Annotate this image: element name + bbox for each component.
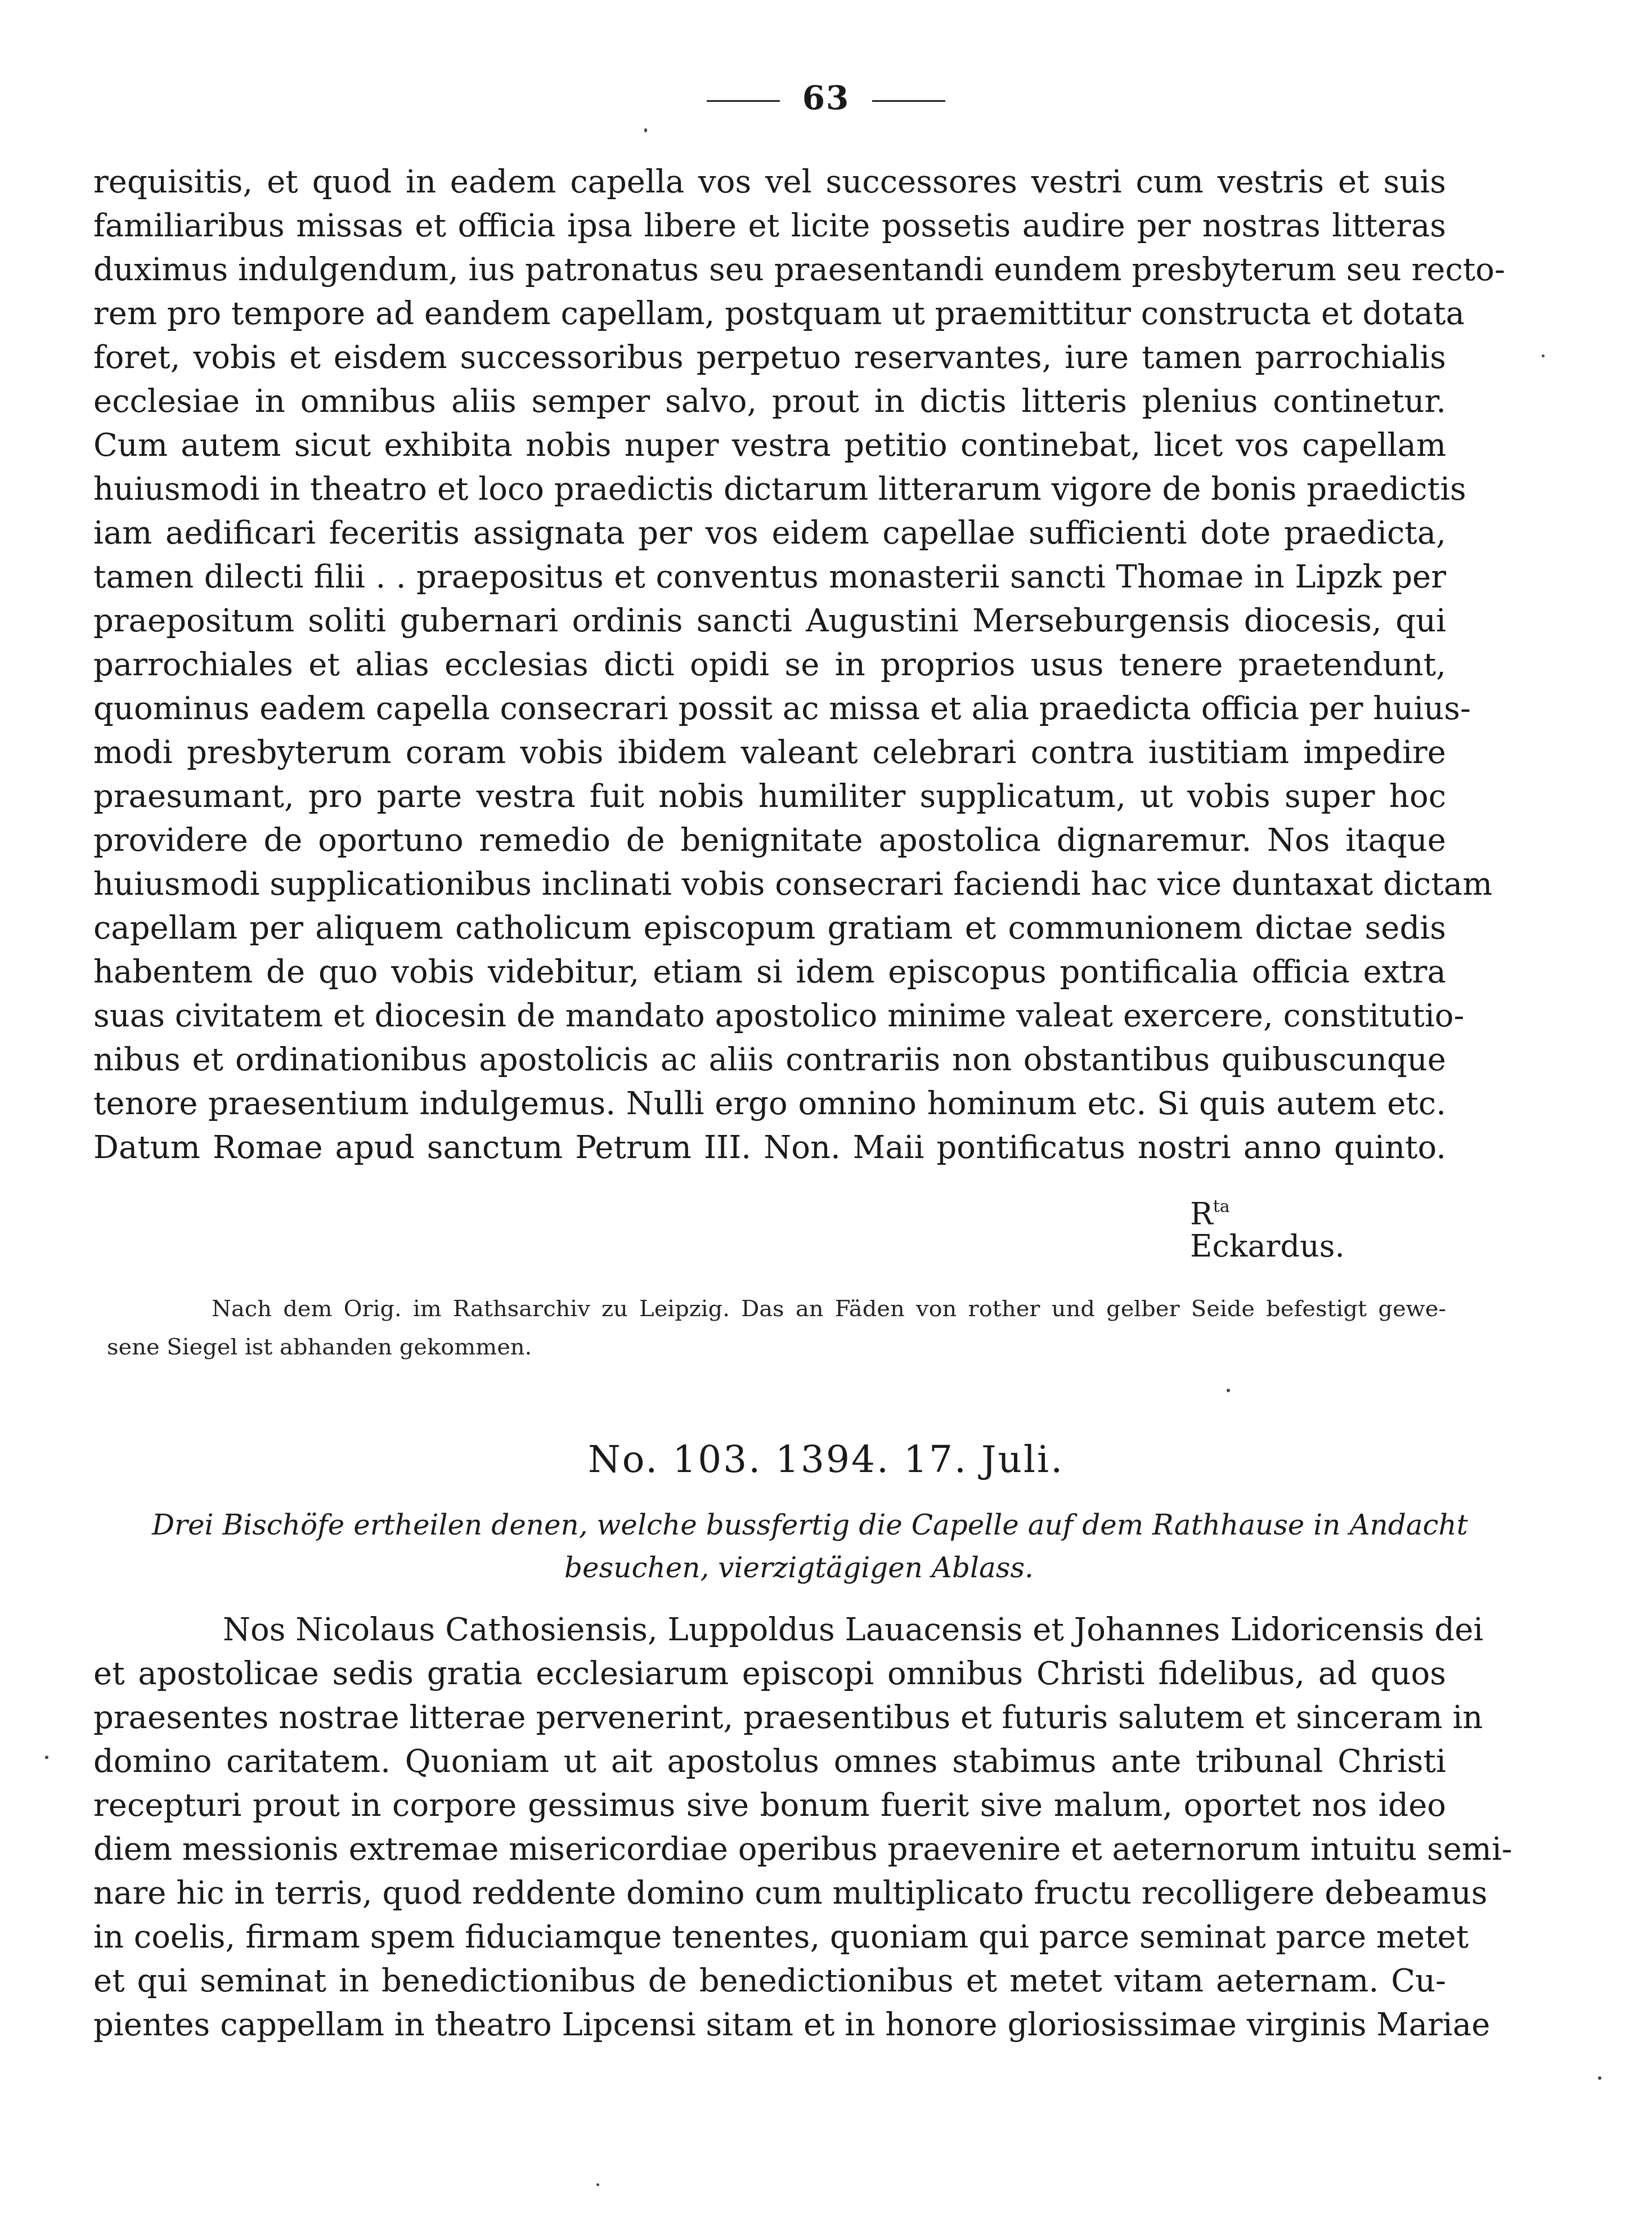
subtitle-line: Drei Bischöfe ertheilen denen, welche bu… [152, 1504, 1446, 1546]
text-line: quominus eadem capella consecrari possit… [93, 687, 1446, 731]
text-line: requisitis, et quod in eadem capella vos… [93, 160, 1446, 204]
text-line: rem pro tempore ad eandem capellam, post… [93, 292, 1446, 336]
text-line: nibus et ordinationibus apostolicis ac a… [93, 1038, 1446, 1082]
text-line: tamen dilecti filii . . praepositus et c… [93, 555, 1446, 599]
text-line: in coelis, firmam spem fiduciamque tenen… [93, 1915, 1446, 1959]
text-line: praesumant, pro parte vestra fuit nobis … [93, 775, 1446, 819]
signature-abbrev-superscript: ta [1213, 1197, 1230, 1217]
document-subtitle: Drei Bischöfe ertheilen denen, welche bu… [152, 1504, 1446, 1589]
document-heading: No. 103. 1394. 17. Juli. [0, 1438, 1652, 1481]
text-line: suas civitatem et diocesin de mandato ap… [93, 994, 1446, 1038]
text-line: tenore praesentium indulgemus. Nulli erg… [93, 1082, 1446, 1126]
text-line: huiusmodi supplicationibus inclinati vob… [93, 863, 1446, 907]
text-line: Datum Romae apud sanctum Petrum III. Non… [93, 1126, 1446, 1170]
signature-name: Eckardus. [1190, 1227, 1345, 1266]
text-line: familiaribus missas et officia ipsa libe… [93, 204, 1446, 248]
text-line: praepositum soliti gubernari ordinis san… [93, 599, 1446, 643]
text-line: domino caritatem. Quoniam ut ait apostol… [93, 1740, 1446, 1784]
scan-speck [1227, 1389, 1230, 1392]
page-number-dash-right [872, 100, 945, 102]
scan-speck [1542, 355, 1545, 357]
footnote: Nach dem Orig. im Rathsarchiv zu Leipzig… [107, 1290, 1446, 1366]
scan-speck [45, 1756, 48, 1759]
text-line: foret, vobis et eisdem successoribus per… [93, 336, 1446, 380]
text-line: recepturi prout in corpore gessimus sive… [93, 1784, 1446, 1828]
text-line: parrochiales et alias ecclesias dicti op… [93, 643, 1446, 687]
text-line: Cum autem sicut exhibita nobis nuper ves… [93, 424, 1446, 468]
page-number-value: 63 [802, 79, 850, 117]
text-line: praesentes nostrae litterae pervenerint,… [93, 1696, 1446, 1740]
text-line: pientes cappellam in theatro Lipcensi si… [93, 2003, 1446, 2047]
footnote-line: Nach dem Orig. im Rathsarchiv zu Leipzig… [107, 1290, 1446, 1328]
text-line: iam aedificari feceritis assignata per v… [93, 511, 1446, 555]
text-line: Nos Nicolaus Cathosiensis, Luppoldus Lau… [93, 1608, 1446, 1652]
text-line: duximus indulgendum, ius patronatus seu … [93, 248, 1446, 292]
text-line: modi presbyterum coram vobis ibidem vale… [93, 731, 1446, 775]
scan-speck [644, 128, 647, 132]
page-number-dash-left [707, 100, 780, 102]
text-line: capellam per aliquem catholicum episcopu… [93, 907, 1446, 950]
scan-speck [1598, 2076, 1601, 2080]
page-number: 63 [0, 79, 1652, 117]
text-line: et qui seminat in benedictionibus de ben… [93, 1959, 1446, 2003]
text-line: diem messionis extremae misericordiae op… [93, 1828, 1446, 1872]
subtitle-line: besuchen, vierzigtägigen Ablass. [152, 1546, 1446, 1589]
document-103-body: Nos Nicolaus Cathosiensis, Luppoldus Lau… [93, 1608, 1446, 2047]
text-line: nare hic in terris, quod reddente domino… [93, 1872, 1446, 1915]
scan-speck [596, 2183, 599, 2186]
text-line: huiusmodi in theatro et loco praedictis … [93, 468, 1446, 511]
text-line: habentem de quo vobis videbitur, etiam s… [93, 950, 1446, 994]
text-line: providere de oportuno remedio de benigni… [93, 819, 1446, 863]
text-line: et apostolicae sedis gratia ecclesiarum … [93, 1652, 1446, 1696]
text-line: ecclesiae in omnibus aliis semper salvo,… [93, 380, 1446, 424]
document-102-body: requisitis, et quod in eadem capella vos… [93, 160, 1446, 1170]
footnote-line: sene Siegel ist abhanden gekommen. [107, 1328, 1446, 1366]
